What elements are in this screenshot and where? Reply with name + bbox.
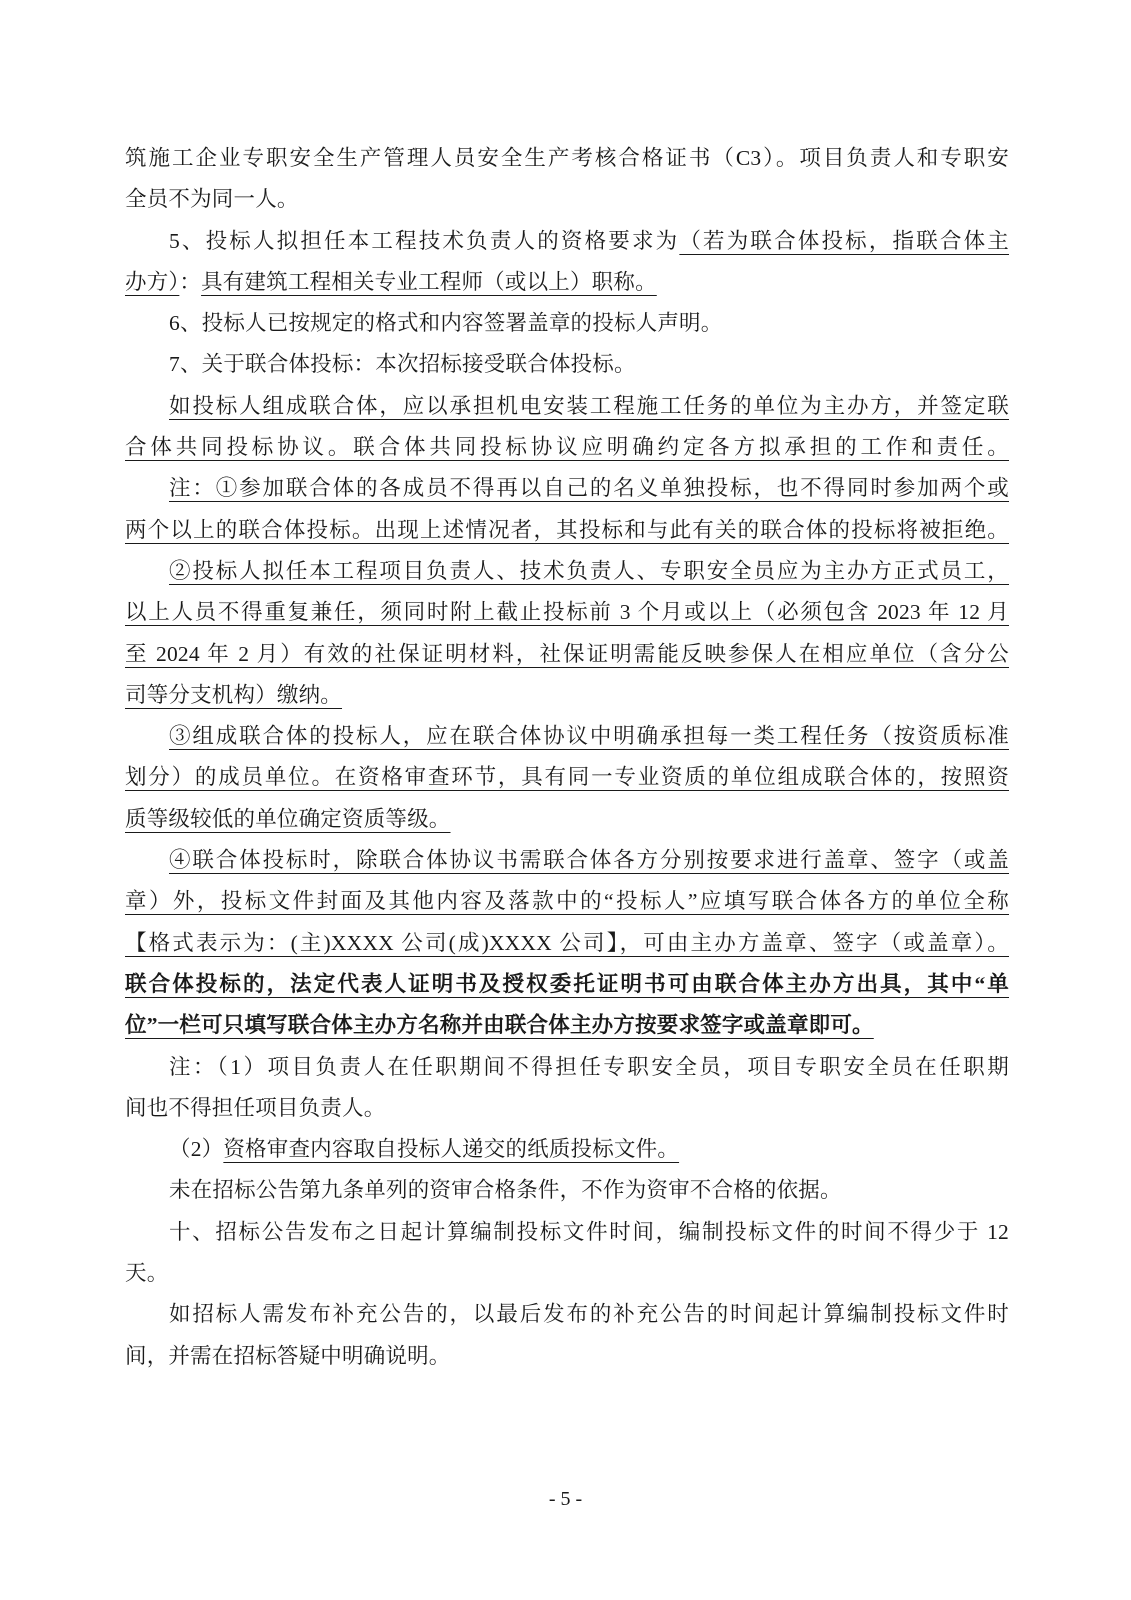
body-text: 全员不为同一人。 [125, 187, 299, 211]
underlined-text: 以上人员不得重复兼任，须同时附上截止投标前 3 个月或以上（必须包含 2023 … [125, 600, 1009, 624]
underlined-text: ④联合体投标时，除联合体协议书需联合体各方分别按要求进行盖章、签字（或盖 [169, 848, 1009, 872]
body-text: （2） [169, 1137, 223, 1161]
underlined-text: 划分）的成员单位。在资格审查环节，具有同一专业资质的单位组成联合体的，按照资 [125, 765, 1009, 789]
body-text: 未在招标公告第九条单列的资审合格条件，不作为资审不合格的依据。 [169, 1178, 842, 1202]
body-text: ： [179, 270, 201, 294]
body-text: 6、投标人已按规定的格式和内容签署盖章的投标人声明。 [169, 311, 722, 335]
text-line: 全员不为同一人。 [125, 179, 1009, 220]
page-number: - 5 - [0, 1488, 1131, 1511]
underlined-text: 两个以上的联合体投标。出现上述情况者，其投标和与此有关的联合体的投标将被拒绝。 [125, 518, 1009, 542]
underlined-text: 办方） [125, 270, 179, 294]
underlined-text: 具有建筑工程相关专业工程师（或以上）职称。 [201, 270, 657, 294]
text-line: 如招标人需发布补充公告的，以最后发布的补充公告的时间起计算编制投标文件时 [125, 1294, 1009, 1335]
text-line: 质等级较低的单位确定资质等级。 [125, 799, 1009, 840]
bold-underlined-text: 位”一栏可只填写联合体主办方名称并由联合体主办方按要求签字或盖章即可。 [125, 1013, 874, 1037]
underlined-text: （若为联合体投标，指联合体主 [679, 229, 1009, 253]
text-line-note-1: 注：①参加联合体的各成员不得再以自己的名义单独投标，也不得同时参加两个或 [125, 468, 1009, 509]
text-line-item-7: 7、关于联合体投标：本次招标接受联合体投标。 [125, 344, 1009, 385]
text-line: 章）外，投标文件封面及其他内容及落款中的“投标人”应填写联合体各方的单位全称 [125, 881, 1009, 922]
underlined-text: ②投标人拟任本工程项目负责人、技术负责人、专职安全员应为主办方正式员工， [169, 559, 1009, 583]
text-line: 以上人员不得重复兼任，须同时附上截止投标前 3 个月或以上（必须包含 2023 … [125, 592, 1009, 633]
body-text: 如招标人需发布补充公告的，以最后发布的补充公告的时间起计算编制投标文件时 [169, 1302, 1009, 1326]
body-text: 十、招标公告发布之日起计算编制投标文件时间，编制投标文件的时间不得少于 12 [169, 1220, 1009, 1244]
text-line: 间也不得担任项目负责人。 [125, 1088, 1009, 1129]
underlined-text: 质等级较低的单位确定资质等级。 [125, 807, 451, 831]
bold-underlined-text: 联合体投标的，法定代表人证明书及授权委托证明书可由联合体主办方出具，其中“单 [125, 972, 1009, 996]
body-text: 5、投标人拟担任本工程技术负责人的资格要求为 [169, 229, 679, 253]
text-line-note-3: ③组成联合体的投标人，应在联合体协议中明确承担每一类工程任务（按资质标准 [125, 716, 1009, 757]
text-line: 合体共同投标协议。联合体共同投标协议应明确约定各方拟承担的工作和责任。 [125, 427, 1009, 468]
text-line: 办方）：具有建筑工程相关专业工程师（或以上）职称。 [125, 262, 1009, 303]
text-line: 天。 [125, 1253, 1009, 1294]
text-line-bold: 联合体投标的，法定代表人证明书及授权委托证明书可由联合体主办方出具，其中“单 [125, 964, 1009, 1005]
text-line: 两个以上的联合体投标。出现上述情况者，其投标和与此有关的联合体的投标将被拒绝。 [125, 510, 1009, 551]
document-page: 筑施工企业专职安全生产管理人员安全生产考核合格证书（C3）。项目负责人和专职安 … [0, 0, 1131, 1600]
underlined-text: ③组成联合体的投标人，应在联合体协议中明确承担每一类工程任务（按资质标准 [169, 724, 1009, 748]
body-text: 注：（1）项目负责人在任职期间不得担任专职安全员，项目专职安全员在任职期 [169, 1055, 1009, 1079]
body-text: 7、关于联合体投标：本次招标接受联合体投标。 [169, 352, 636, 376]
body-text: 间也不得担任项目负责人。 [125, 1096, 385, 1120]
underlined-text: 章）外，投标文件封面及其他内容及落款中的“投标人”应填写联合体各方的单位全称 [125, 889, 1009, 913]
document-body: 筑施工企业专职安全生产管理人员安全生产考核合格证书（C3）。项目负责人和专职安 … [125, 138, 1009, 1377]
body-text: 天。 [125, 1261, 168, 1285]
text-line: 至 2024 年 2 月）有效的社保证明材料，社保证明需能反映参保人在相应单位（… [125, 634, 1009, 675]
text-line: 划分）的成员单位。在资格审查环节，具有同一专业资质的单位组成联合体的，按照资 [125, 757, 1009, 798]
text-line-bold: 位”一栏可只填写联合体主办方名称并由联合体主办方按要求签字或盖章即可。 [125, 1005, 1009, 1046]
text-line: 如投标人组成联合体，应以承担机电安装工程施工任务的单位为主办方，并签定联 [125, 386, 1009, 427]
underlined-text: 【格式表示为：(主)XXXX 公司(成)XXXX 公司】，可由主办方盖章、签字（… [125, 931, 1009, 955]
body-text: 间，并需在招标答疑中明确说明。 [125, 1344, 451, 1368]
body-text: 筑施工企业专职安全生产管理人员安全生产考核合格证书（C3）。项目负责人和专职安 [125, 146, 1009, 170]
text-line-item-10: 十、招标公告发布之日起计算编制投标文件时间，编制投标文件的时间不得少于 12 [125, 1212, 1009, 1253]
text-line-note-2: ②投标人拟任本工程项目负责人、技术负责人、专职安全员应为主办方正式员工， [125, 551, 1009, 592]
underlined-text: 如投标人组成联合体，应以承担机电安装工程施工任务的单位为主办方，并签定联 [169, 394, 1009, 418]
underlined-text: 司等分支机构）缴纳。 [125, 683, 342, 707]
text-line: 未在招标公告第九条单列的资审合格条件，不作为资审不合格的依据。 [125, 1170, 1009, 1211]
underlined-text: 合体共同投标协议。联合体共同投标协议应明确约定各方拟承担的工作和责任。 [125, 435, 1009, 459]
underlined-text: 至 2024 年 2 月）有效的社保证明材料，社保证明需能反映参保人在相应单位（… [125, 642, 1009, 666]
text-line-remark-1: 注：（1）项目负责人在任职期间不得担任专职安全员，项目专职安全员在任职期 [125, 1047, 1009, 1088]
text-line: 司等分支机构）缴纳。 [125, 675, 1009, 716]
text-line-remark-2: （2）资格审查内容取自投标人递交的纸质投标文件。 [125, 1129, 1009, 1170]
text-line: 【格式表示为：(主)XXXX 公司(成)XXXX 公司】，可由主办方盖章、签字（… [125, 923, 1009, 964]
text-line: 筑施工企业专职安全生产管理人员安全生产考核合格证书（C3）。项目负责人和专职安 [125, 138, 1009, 179]
text-line-note-4: ④联合体投标时，除联合体协议书需联合体各方分别按要求进行盖章、签字（或盖 [125, 840, 1009, 881]
text-line-item-6: 6、投标人已按规定的格式和内容签署盖章的投标人声明。 [125, 303, 1009, 344]
underlined-text: 资格审查内容取自投标人递交的纸质投标文件。 [223, 1137, 679, 1161]
text-line-item-5: 5、投标人拟担任本工程技术负责人的资格要求为（若为联合体投标，指联合体主 [125, 221, 1009, 262]
text-line: 间，并需在招标答疑中明确说明。 [125, 1336, 1009, 1377]
underlined-text: 注：①参加联合体的各成员不得再以自己的名义单独投标，也不得同时参加两个或 [169, 476, 1009, 500]
